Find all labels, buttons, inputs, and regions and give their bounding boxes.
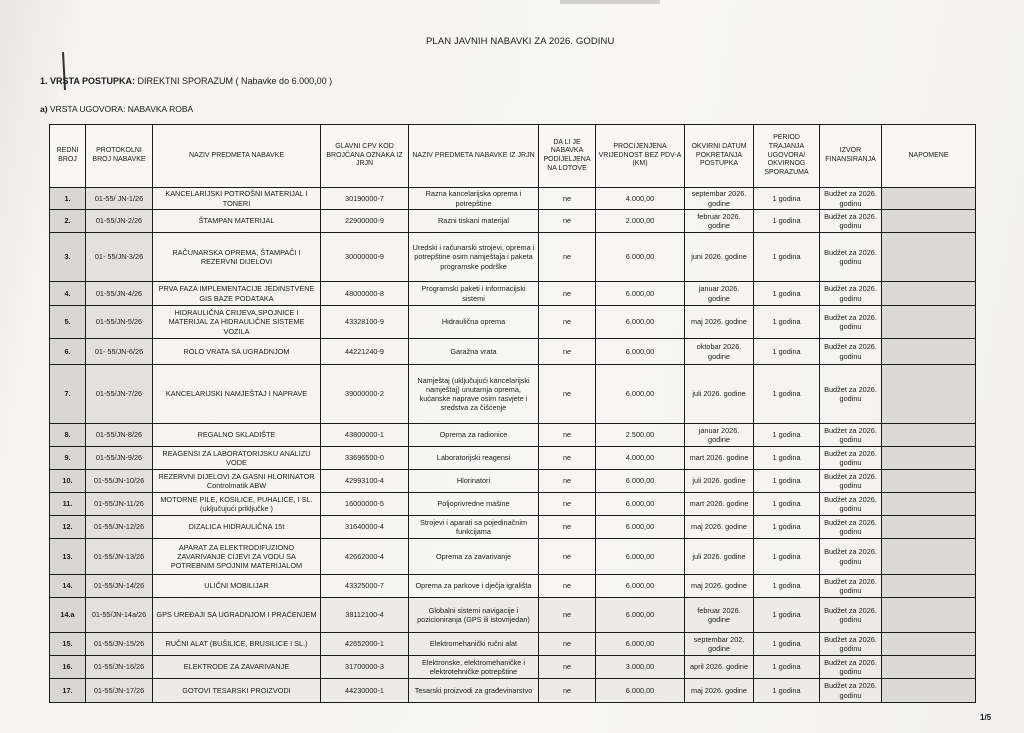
- cell-lotovi: ne: [539, 575, 596, 598]
- cell-period: 1 godina: [754, 493, 820, 516]
- cell-naziv-jrjn: Razna kancelarijska oprema i potrepštine: [409, 188, 539, 210]
- cell-protokol: 01-55/JN-5/26: [86, 306, 153, 339]
- cell-datum: mart 2026. godine: [685, 493, 754, 516]
- table-row: 16.01-55/JN-16/26ELEKTRODE ZA ZAVARIVANJ…: [50, 656, 976, 679]
- cell-protokol: 01-55/JN-7/26: [86, 365, 153, 424]
- cell-napomene: [882, 516, 976, 539]
- cell-period: 1 godina: [754, 575, 820, 598]
- cell-cpv: 30000000-9: [321, 233, 409, 282]
- cell-vrijednost: 4.000,00: [596, 188, 685, 210]
- cell-izvor: Budžet za 2026. godinu: [820, 210, 882, 233]
- cell-izvor: Budžet za 2026. godinu: [820, 516, 882, 539]
- cell-protokol: 01-55/ JN-1/26: [86, 188, 153, 210]
- cell-lotovi: ne: [539, 282, 596, 306]
- cell-cpv: 42993100-4: [321, 470, 409, 493]
- table-row: 2.01-55/JN-2/26ŠTAMPAN MATERIJAL22900000…: [50, 210, 976, 233]
- cell-vrijednost: 6.000,00: [596, 282, 685, 306]
- cell-protokol: 01- 55/JN-3/26: [86, 233, 153, 282]
- procurement-plan-table: REDNI BROJPROTOKOLNI BROJ NABAVKENAZIV P…: [49, 124, 976, 703]
- cell-datum: septembar 202. godine: [685, 633, 754, 656]
- cell-rb: 6.: [50, 339, 86, 365]
- cell-datum: juli 2026. godine: [685, 365, 754, 424]
- header-period: PERIOD TRAJANJA UGOVORA/ OKVIRNOG SPORAZ…: [754, 125, 820, 188]
- cell-naziv-jrjn: Oprema za radionice: [409, 424, 539, 447]
- cell-cpv: 22900000-9: [321, 210, 409, 233]
- cell-lotovi: ne: [539, 470, 596, 493]
- subsection-marker: a): [40, 104, 48, 114]
- cell-napomene: [882, 679, 976, 703]
- cell-naziv-jrjn: Razni tiskani materijal: [409, 210, 539, 233]
- cell-rb: 10.: [50, 470, 86, 493]
- cell-datum: maj 2026. godine: [685, 516, 754, 539]
- cell-protokol: 01-55/JN-12/26: [86, 516, 153, 539]
- cell-naziv: REZERVNI DIJELOVI ZA GASNI HLORINATOR Co…: [153, 470, 321, 493]
- cell-izvor: Budžet za 2026. godinu: [820, 493, 882, 516]
- cell-period: 1 godina: [754, 306, 820, 339]
- cell-cpv: 38112100-4: [321, 598, 409, 633]
- cell-cpv: 44230000-1: [321, 679, 409, 703]
- cell-period: 1 godina: [754, 598, 820, 633]
- cell-vrijednost: 4.000,00: [596, 447, 685, 470]
- cell-lotovi: ne: [539, 516, 596, 539]
- section-number: 1. V: [40, 76, 56, 86]
- cell-naziv-jrjn: Uredski i računarski strojevi, oprema i …: [409, 233, 539, 282]
- cell-napomene: [882, 470, 976, 493]
- cell-lotovi: ne: [539, 210, 596, 233]
- cell-cpv: 42652000-1: [321, 633, 409, 656]
- header-redni-broj: REDNI BROJ: [50, 125, 86, 188]
- cell-datum: april 2026. godine: [685, 656, 754, 679]
- cell-protokol: 01-55/JN-2/26: [86, 210, 153, 233]
- cell-cpv: 43328100-9: [321, 306, 409, 339]
- cell-cpv: 39000000-2: [321, 365, 409, 424]
- table-row: 14.01-55/JN-14/26ULIČNI MOBILIJAR4332500…: [50, 575, 976, 598]
- cell-naziv-jrjn: Garažna vrata: [409, 339, 539, 365]
- cell-period: 1 godina: [754, 633, 820, 656]
- cell-vrijednost: 6.000,00: [596, 233, 685, 282]
- cell-lotovi: ne: [539, 679, 596, 703]
- cell-cpv: 48000000-8: [321, 282, 409, 306]
- cell-vrijednost: 6.000,00: [596, 306, 685, 339]
- cell-lotovi: ne: [539, 365, 596, 424]
- cell-napomene: [882, 306, 976, 339]
- cell-lotovi: ne: [539, 656, 596, 679]
- cell-cpv: 43325000-7: [321, 575, 409, 598]
- cell-rb: 17.: [50, 679, 86, 703]
- table-row: 6.01- 55/JN-6/26ROLO VRATA SA UGRADNJOM4…: [50, 339, 976, 365]
- cell-naziv-jrjn: Tesarski proizvodi za građevinarstvo: [409, 679, 539, 703]
- cell-naziv-jrjn: Globalni sistemi navigacije i pozicionir…: [409, 598, 539, 633]
- cell-rb: 1.: [50, 188, 86, 210]
- cell-period: 1 godina: [754, 516, 820, 539]
- cell-napomene: [882, 188, 976, 210]
- cell-naziv-jrjn: Strojevi i aparati sa pojedinačnim funkc…: [409, 516, 539, 539]
- cell-rb: 8.: [50, 424, 86, 447]
- cell-rb: 2.: [50, 210, 86, 233]
- cell-cpv: 43800000-1: [321, 424, 409, 447]
- table-body: 1.01-55/ JN-1/26KANCELARIJSKI POTROŠNI M…: [50, 188, 976, 703]
- table-row: 1.01-55/ JN-1/26KANCELARIJSKI POTROŠNI M…: [50, 188, 976, 210]
- cell-cpv: 44221240-9: [321, 339, 409, 365]
- cell-vrijednost: 6.000,00: [596, 598, 685, 633]
- cell-vrijednost: 6.000,00: [596, 633, 685, 656]
- header-datum: OKVIRNI DATUM POKRETANJA POSTUPKA: [685, 125, 754, 188]
- cell-naziv: RAČUNARSKA OPREMA, ŠTAMPAČI I REZERVNI D…: [153, 233, 321, 282]
- cell-napomene: [882, 365, 976, 424]
- cell-cpv: 42662000-4: [321, 539, 409, 575]
- cell-lotovi: ne: [539, 598, 596, 633]
- cell-napomene: [882, 447, 976, 470]
- cell-cpv: 31700000-3: [321, 656, 409, 679]
- cell-lotovi: ne: [539, 424, 596, 447]
- table-row: 7.01-55/JN-7/26KANCELARIJSKI NAMJEŠTAJ I…: [50, 365, 976, 424]
- cell-naziv-jrjn: Programski paketi i informacijski sistem…: [409, 282, 539, 306]
- cell-napomene: [882, 233, 976, 282]
- table-row: 11.01-55/JN-11/26MOTORNE PILE, KOSILICE,…: [50, 493, 976, 516]
- cell-datum: februar 2026. godine: [685, 598, 754, 633]
- cell-cpv: 16000000-5: [321, 493, 409, 516]
- cell-rb: 4.: [50, 282, 86, 306]
- document-title: PLAN JAVNIH NABAVKI ZA 2026. GODINU: [426, 36, 614, 47]
- cell-datum: septembar 2026. godine: [685, 188, 754, 210]
- table-row: 12.01-55/JN-12/26DIZALICA HIDRAULIČNA 15…: [50, 516, 976, 539]
- cell-datum: mart 2026. godine: [685, 447, 754, 470]
- cell-period: 1 godina: [754, 424, 820, 447]
- cell-rb: 12.: [50, 516, 86, 539]
- table-row: 3.01- 55/JN-3/26RAČUNARSKA OPREMA, ŠTAMP…: [50, 233, 976, 282]
- cell-izvor: Budžet za 2026. godinu: [820, 539, 882, 575]
- cell-datum: juli 2026. godine: [685, 539, 754, 575]
- cell-vrijednost: 6.000,00: [596, 679, 685, 703]
- cell-vrijednost: 6.000,00: [596, 470, 685, 493]
- cell-vrijednost: 6.000,00: [596, 365, 685, 424]
- cell-protokol: 01-55/JN-14/26: [86, 575, 153, 598]
- cell-naziv-jrjn: Oprema za zavarivanje: [409, 539, 539, 575]
- cell-naziv: ROLO VRATA SA UGRADNJOM: [153, 339, 321, 365]
- cell-napomene: [882, 539, 976, 575]
- cell-rb: 11.: [50, 493, 86, 516]
- table-row: 4.01-55/JN-4/26PRVA FAZA IMPLEMENTACIJE …: [50, 282, 976, 306]
- cell-datum: juli 2026. godine: [685, 470, 754, 493]
- cell-naziv: KANCELARIJSKI POTROŠNI MATERIJAL I TONER…: [153, 188, 321, 210]
- cell-lotovi: ne: [539, 633, 596, 656]
- cell-izvor: Budžet za 2026. godinu: [820, 233, 882, 282]
- cell-period: 1 godina: [754, 539, 820, 575]
- cell-protokol: 01-55/JN-9/26: [86, 447, 153, 470]
- cell-datum: februar 2026. godine: [685, 210, 754, 233]
- cell-rb: 15.: [50, 633, 86, 656]
- cell-lotovi: ne: [539, 233, 596, 282]
- cell-naziv: PRVA FAZA IMPLEMENTACIJE JEDINSTVENE GIS…: [153, 282, 321, 306]
- cell-naziv: REGALNO SKLADIŠTE: [153, 424, 321, 447]
- cell-protokol: 01-55/JN-11/26: [86, 493, 153, 516]
- cell-period: 1 godina: [754, 210, 820, 233]
- cell-protokol: 01-55/JN-10/26: [86, 470, 153, 493]
- cell-period: 1 godina: [754, 339, 820, 365]
- procedure-type-heading: 1. VRSTA POSTUPKA: DIREKTNI SPORAZUM ( N…: [40, 76, 332, 86]
- cell-cpv: 31640000-4: [321, 516, 409, 539]
- table-row: 8.01-55/JN-8/26REGALNO SKLADIŠTE43800000…: [50, 424, 976, 447]
- cell-rb: 7.: [50, 365, 86, 424]
- cell-protokol: 01-55/JN-17/26: [86, 679, 153, 703]
- cell-rb: 14.a: [50, 598, 86, 633]
- cell-protokol: 01-55/JN-4/26: [86, 282, 153, 306]
- cell-vrijednost: 6.000,00: [596, 339, 685, 365]
- header-napomene: NAPOMENE: [882, 125, 976, 188]
- cell-protokol: 01- 55/JN-6/26: [86, 339, 153, 365]
- cell-datum: maj 2026. godine: [685, 679, 754, 703]
- cell-izvor: Budžet za 2026. godinu: [820, 575, 882, 598]
- cell-naziv-jrjn: Oprema za parkove i dječja igrališta: [409, 575, 539, 598]
- table-header-row: REDNI BROJPROTOKOLNI BROJ NABAVKENAZIV P…: [50, 125, 976, 188]
- cell-period: 1 godina: [754, 188, 820, 210]
- cell-izvor: Budžet za 2026. godinu: [820, 188, 882, 210]
- cell-datum: januar 2026. godine: [685, 282, 754, 306]
- table-row: 9.01-55/JN-9/26REAGENSI ZA LABORATORIJSK…: [50, 447, 976, 470]
- cell-naziv: REAGENSI ZA LABORATORIJSKU ANALIZU VODE: [153, 447, 321, 470]
- cell-naziv: RUČNI ALAT (BUŠILICE, BRUSILICE I SL.): [153, 633, 321, 656]
- cell-vrijednost: 2.000,00: [596, 210, 685, 233]
- scan-artifact: [560, 0, 660, 4]
- cell-rb: 9.: [50, 447, 86, 470]
- cell-cpv: 33696500-0: [321, 447, 409, 470]
- cell-lotovi: ne: [539, 188, 596, 210]
- cell-rb: 13.: [50, 539, 86, 575]
- cell-vrijednost: 6.000,00: [596, 539, 685, 575]
- cell-naziv: GPS UREĐAJI SA UGRADNJOM I PRAĆENJEM: [153, 598, 321, 633]
- cell-rb: 5.: [50, 306, 86, 339]
- cell-vrijednost: 6.000,00: [596, 493, 685, 516]
- cell-vrijednost: 6.000,00: [596, 516, 685, 539]
- cell-napomene: [882, 575, 976, 598]
- cell-protokol: 01-55/JN-14a/26: [86, 598, 153, 633]
- cell-cpv: 30190000-7: [321, 188, 409, 210]
- cell-naziv: APARAT ZA ELEKTRODIFUZIONO ZAVARIVANJE C…: [153, 539, 321, 575]
- cell-vrijednost: 2.500,00: [596, 424, 685, 447]
- cell-naziv: MOTORNE PILE, KOSILICE, PUHALICE, I SL. …: [153, 493, 321, 516]
- cell-naziv-jrjn: Hlorinatori: [409, 470, 539, 493]
- cell-izvor: Budžet za 2026. godinu: [820, 424, 882, 447]
- cell-naziv: ŠTAMPAN MATERIJAL: [153, 210, 321, 233]
- cell-naziv-jrjn: Namještaj (uključujući kancelarijski nam…: [409, 365, 539, 424]
- cell-izvor: Budžet za 2026. godinu: [820, 598, 882, 633]
- header-naziv-jrjn: NAZIV PREDMETA NABAVKE IZ JRJN: [409, 125, 539, 188]
- header-naziv-predmeta: NAZIV PREDMETA NABAVKE: [153, 125, 321, 188]
- cell-rb: 16.: [50, 656, 86, 679]
- cell-izvor: Budžet za 2026. godinu: [820, 633, 882, 656]
- cell-datum: oktobar 2026. godine: [685, 339, 754, 365]
- cell-napomene: [882, 210, 976, 233]
- cell-naziv-jrjn: Laboratorijski reagensi: [409, 447, 539, 470]
- cell-period: 1 godina: [754, 365, 820, 424]
- table-row: 13.01-55/JN-13/26APARAT ZA ELEKTRODIFUZI…: [50, 539, 976, 575]
- cell-lotovi: ne: [539, 306, 596, 339]
- table-row: 5.01-55/JN-5/26HIDRAULIČNA CRIJEVA,SPOJN…: [50, 306, 976, 339]
- table-row: 10.01-55/JN-10/26REZERVNI DIJELOVI ZA GA…: [50, 470, 976, 493]
- cell-period: 1 godina: [754, 679, 820, 703]
- cell-lotovi: ne: [539, 539, 596, 575]
- cell-datum: maj 2026. godine: [685, 575, 754, 598]
- section-value: DIREKTNI SPORAZUM ( Nabavke do 6.000,00 …: [135, 76, 332, 86]
- cell-protokol: 01-55/JN-15/26: [86, 633, 153, 656]
- cell-period: 1 godina: [754, 470, 820, 493]
- section-label: RSTA POSTUPKA:: [56, 76, 135, 86]
- cell-datum: maj 2026. godine: [685, 306, 754, 339]
- cell-napomene: [882, 424, 976, 447]
- header-protokolni-broj: PROTOKOLNI BROJ NABAVKE: [86, 125, 153, 188]
- cell-naziv: ELEKTRODE ZA ZAVARIVANJE: [153, 656, 321, 679]
- cell-protokol: 01-55/JN-16/26: [86, 656, 153, 679]
- cell-napomene: [882, 633, 976, 656]
- cell-naziv: GOTOVI TESARSKI PROIZVODI: [153, 679, 321, 703]
- contract-type-heading: a) VRSTA UGOVORA: NABAVKA ROBA: [40, 104, 193, 114]
- cell-naziv-jrjn: Poljoprivredne mašine: [409, 493, 539, 516]
- cell-izvor: Budžet za 2026. godinu: [820, 447, 882, 470]
- cell-vrijednost: 6.000,00: [596, 575, 685, 598]
- cell-napomene: [882, 493, 976, 516]
- cell-datum: juni 2026. godine: [685, 233, 754, 282]
- cell-izvor: Budžet za 2026. godinu: [820, 282, 882, 306]
- cell-period: 1 godina: [754, 282, 820, 306]
- cell-naziv: DIZALICA HIDRAULIČNA 15t: [153, 516, 321, 539]
- cell-protokol: 01-55/JN-8/26: [86, 424, 153, 447]
- cell-naziv-jrjn: Elektronske, elektromehaničke i elektrot…: [409, 656, 539, 679]
- cell-rb: 3.: [50, 233, 86, 282]
- cell-lotovi: ne: [539, 493, 596, 516]
- page-number: 1/5: [980, 713, 991, 722]
- cell-napomene: [882, 282, 976, 306]
- cell-izvor: Budžet za 2026. godinu: [820, 339, 882, 365]
- cell-period: 1 godina: [754, 447, 820, 470]
- table-row: 15.01-55/JN-15/26RUČNI ALAT (BUŠILICE, B…: [50, 633, 976, 656]
- cell-naziv-jrjn: Elektromehanički ručni alat: [409, 633, 539, 656]
- cell-protokol: 01-55/JN-13/26: [86, 539, 153, 575]
- cell-izvor: Budžet za 2026. godinu: [820, 306, 882, 339]
- header-vrijednost: PROCIJENJENA VRIJEDNOST BEZ PDV-A (KM): [596, 125, 685, 188]
- subsection-text: VRSTA UGOVORA: NABAVKA ROBA: [48, 104, 194, 114]
- cell-napomene: [882, 656, 976, 679]
- header-izvor: IZVOR FINANSIRANJA: [820, 125, 882, 188]
- cell-period: 1 godina: [754, 656, 820, 679]
- cell-vrijednost: 3.000,00: [596, 656, 685, 679]
- cell-napomene: [882, 598, 976, 633]
- cell-naziv: KANCELARIJSKI NAMJEŠTAJ I NAPRAVE: [153, 365, 321, 424]
- cell-napomene: [882, 339, 976, 365]
- cell-naziv: HIDRAULIČNA CRIJEVA,SPOJNICE I MATERIJAL…: [153, 306, 321, 339]
- cell-lotovi: ne: [539, 447, 596, 470]
- cell-rb: 14.: [50, 575, 86, 598]
- cell-naziv-jrjn: Hidraulična oprema: [409, 306, 539, 339]
- header-lotovi: DA LI JE NABAVKA PODIJELJENA NA LOTOVE: [539, 125, 596, 188]
- table-row: 14.a01-55/JN-14a/26GPS UREĐAJI SA UGRADN…: [50, 598, 976, 633]
- cell-izvor: Budžet za 2026. godinu: [820, 365, 882, 424]
- table-row: 17.01-55/JN-17/26GOTOVI TESARSKI PROIZVO…: [50, 679, 976, 703]
- cell-lotovi: ne: [539, 339, 596, 365]
- cell-izvor: Budžet za 2026. godinu: [820, 470, 882, 493]
- cell-datum: januar 2026. godine: [685, 424, 754, 447]
- cell-naziv: ULIČNI MOBILIJAR: [153, 575, 321, 598]
- header-cpv-kod: GLAVNI CPV KOD BROJČANA OZNAKA IZ JRJN: [321, 125, 409, 188]
- cell-izvor: Budžet za 2026. godinu: [820, 656, 882, 679]
- cell-izvor: Budžet za 2026. godinu: [820, 679, 882, 703]
- cell-period: 1 godina: [754, 233, 820, 282]
